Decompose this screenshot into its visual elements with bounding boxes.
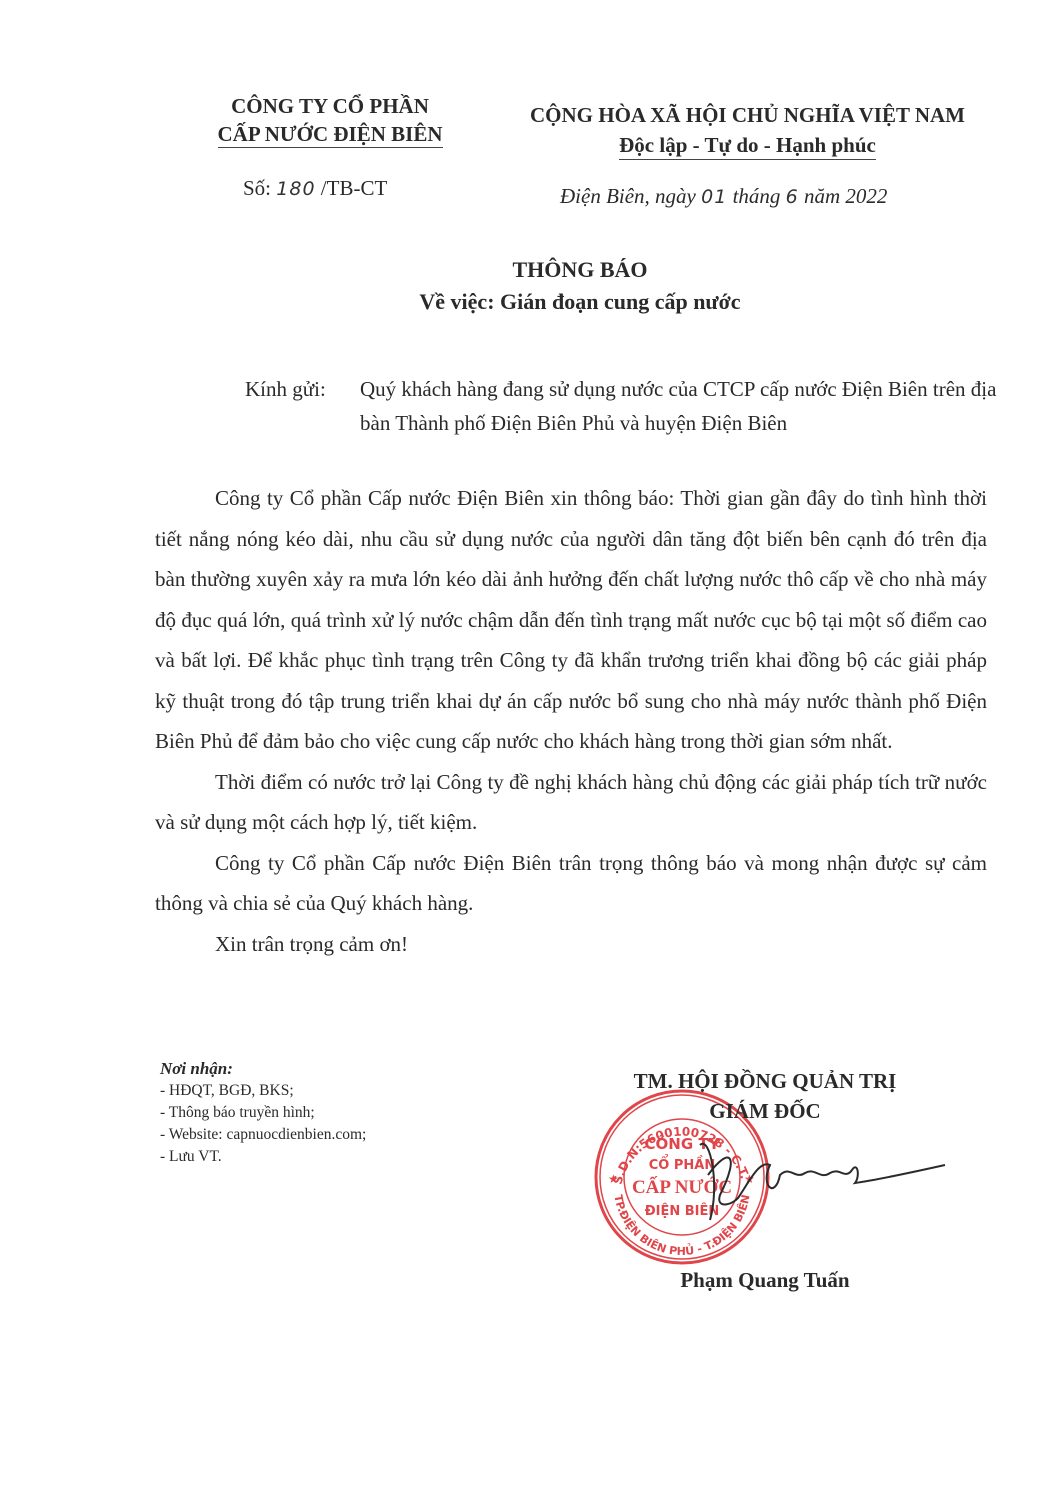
distribution-item: - HĐQT, BGĐ, BKS; bbox=[160, 1080, 366, 1102]
signature-title: TM. HỘI ĐỒNG QUẢN TRỊ bbox=[590, 1066, 940, 1096]
doc-number-suffix: /TB-CT bbox=[321, 176, 388, 200]
document-number: Số: 180 /TB-CT bbox=[243, 176, 387, 201]
recipient-label: Kính gửi: bbox=[245, 372, 326, 406]
handwritten-signature bbox=[680, 1125, 950, 1235]
date-day-handwritten: 01 bbox=[701, 186, 727, 208]
company-name-line2: CẤP NƯỚC ĐIỆN BIÊN bbox=[180, 120, 480, 148]
body-paragraph: Thời điểm có nước trở lại Công ty đề ngh… bbox=[155, 762, 987, 843]
document-subject: Về việc: Gián đoạn cung cấp nước bbox=[300, 286, 860, 318]
date-prefix: Điện Biên, ngày bbox=[560, 184, 696, 208]
nation-name: CỘNG HÒA XÃ HỘI CHỦ NGHĨA VIỆT NAM bbox=[505, 100, 990, 130]
distribution-heading: Nơi nhận: bbox=[160, 1058, 366, 1080]
signer-name: Phạm Quang Tuấn bbox=[580, 1268, 950, 1293]
date-year: năm 2022 bbox=[804, 184, 887, 208]
body-paragraph: Công ty Cổ phần Cấp nước Điện Biên xin t… bbox=[155, 478, 987, 762]
company-name-line1: CÔNG TY CỔ PHẦN bbox=[180, 92, 480, 120]
motto-text: Độc lập - Tự do - Hạnh phúc bbox=[619, 133, 876, 160]
national-header: CỘNG HÒA XÃ HỘI CHỦ NGHĨA VIỆT NAM Độc l… bbox=[505, 100, 990, 160]
recipient-text: Quý khách hàng đang sử dụng nước của CTC… bbox=[360, 372, 1005, 440]
distribution-item: - Website: capnuocdienbien.com; bbox=[160, 1124, 366, 1146]
document-title-block: THÔNG BÁO Về việc: Gián đoạn cung cấp nư… bbox=[300, 254, 860, 318]
document-date: Điện Biên, ngày 01 tháng 6 năm 2022 bbox=[560, 184, 887, 209]
distribution-item: - Thông báo truyền hình; bbox=[160, 1102, 366, 1124]
national-motto: Độc lập - Tự do - Hạnh phúc bbox=[505, 130, 990, 160]
doc-number-prefix: Số: bbox=[243, 176, 271, 200]
signature-block: TM. HỘI ĐỒNG QUẢN TRỊ GIÁM ĐỐC bbox=[590, 1066, 940, 1126]
subject-text: Về việc: Gián đoạn cung cấp nước bbox=[419, 289, 740, 314]
distribution-item: - Lưu VT. bbox=[160, 1146, 366, 1168]
distribution-list: Nơi nhận: - HĐQT, BGĐ, BKS; - Thông báo … bbox=[160, 1058, 366, 1168]
body-paragraph: Xin trân trọng cảm ơn! bbox=[155, 924, 987, 965]
body-paragraph: Công ty Cổ phần Cấp nước Điện Biên trân … bbox=[155, 843, 987, 924]
recipient-block: Kính gửi: Quý khách hàng đang sử dụng nư… bbox=[245, 372, 1005, 440]
company-name-line2-text: CẤP NƯỚC ĐIỆN BIÊN bbox=[218, 122, 443, 148]
document-body: Công ty Cổ phần Cấp nước Điện Biên xin t… bbox=[155, 478, 987, 964]
company-header: CÔNG TY CỔ PHẦN CẤP NƯỚC ĐIỆN BIÊN bbox=[180, 92, 480, 148]
date-month-label: tháng bbox=[733, 184, 781, 208]
date-month-handwritten: 6 bbox=[786, 186, 799, 208]
signature-position: GIÁM ĐỐC bbox=[590, 1096, 940, 1126]
doc-number-handwritten: 180 bbox=[276, 178, 315, 200]
stamp-star-icon: ★ bbox=[608, 1172, 619, 1186]
document-title: THÔNG BÁO bbox=[300, 254, 860, 286]
